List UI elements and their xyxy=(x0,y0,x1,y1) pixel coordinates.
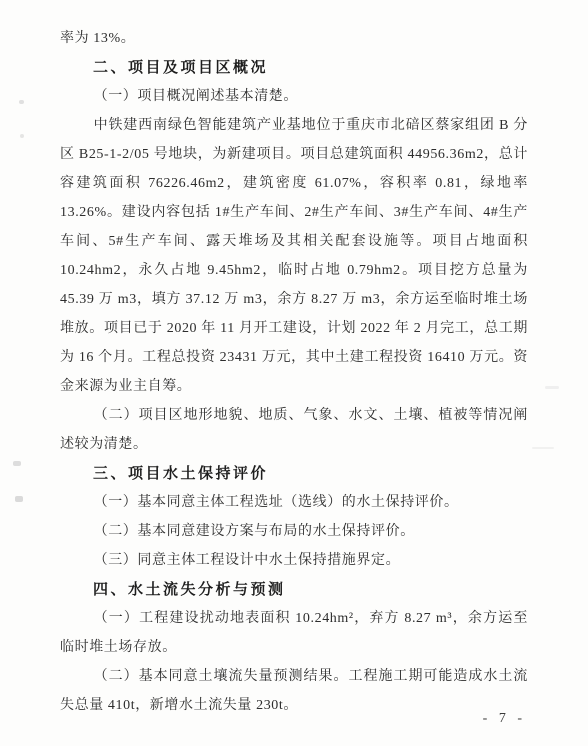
scan-artifact xyxy=(13,461,21,466)
scan-artifact xyxy=(19,100,24,104)
paragraph-project-overview-intro: （一）项目概况阐述基本清楚。 xyxy=(60,82,528,111)
paragraph-project-area-conditions: （二）项目区地形地貌、地质、气象、水文、土壤、植被等情况阐述较为清楚。 xyxy=(60,401,528,459)
paragraph-soil-loss-prediction: （二）基本同意土壤流失量预测结果。工程施工期可能造成水土流失总量 410t，新增… xyxy=(60,662,528,720)
page-number: - 7 - xyxy=(483,704,526,733)
document-page: 率为 13%。 二、项目及项目区概况 （一）项目概况阐述基本清楚。 中铁建西南绿… xyxy=(0,0,588,746)
scan-artifact xyxy=(15,496,23,502)
paragraph-project-details: 中铁建西南绿色智能建筑产业基地位于重庆市北碚区蔡家组团 B 分区 B25-1-2… xyxy=(60,111,528,401)
scan-artifact xyxy=(20,134,24,138)
scan-artifact xyxy=(532,447,554,449)
section-heading-2: 二、项目及项目区概况 xyxy=(60,53,528,82)
paragraph-continuation: 率为 13%。 xyxy=(60,24,528,53)
section-heading-3: 三、项目水土保持评价 xyxy=(60,459,528,488)
section-heading-4: 四、水土流失分析与预测 xyxy=(60,575,528,604)
paragraph-disturbed-area: （一）工程建设扰动地表面积 10.24hm²，弃方 8.27 m³，余方运至临时… xyxy=(60,604,528,662)
paragraph-evaluation-layout: （二）基本同意建设方案与布局的水土保持评价。 xyxy=(60,517,528,546)
paragraph-evaluation-measures: （三）同意主体工程设计中水土保持措施界定。 xyxy=(60,546,528,575)
paragraph-evaluation-site-selection: （一）基本同意主体工程选址（选线）的水土保持评价。 xyxy=(60,488,528,517)
scan-artifact xyxy=(545,386,559,389)
